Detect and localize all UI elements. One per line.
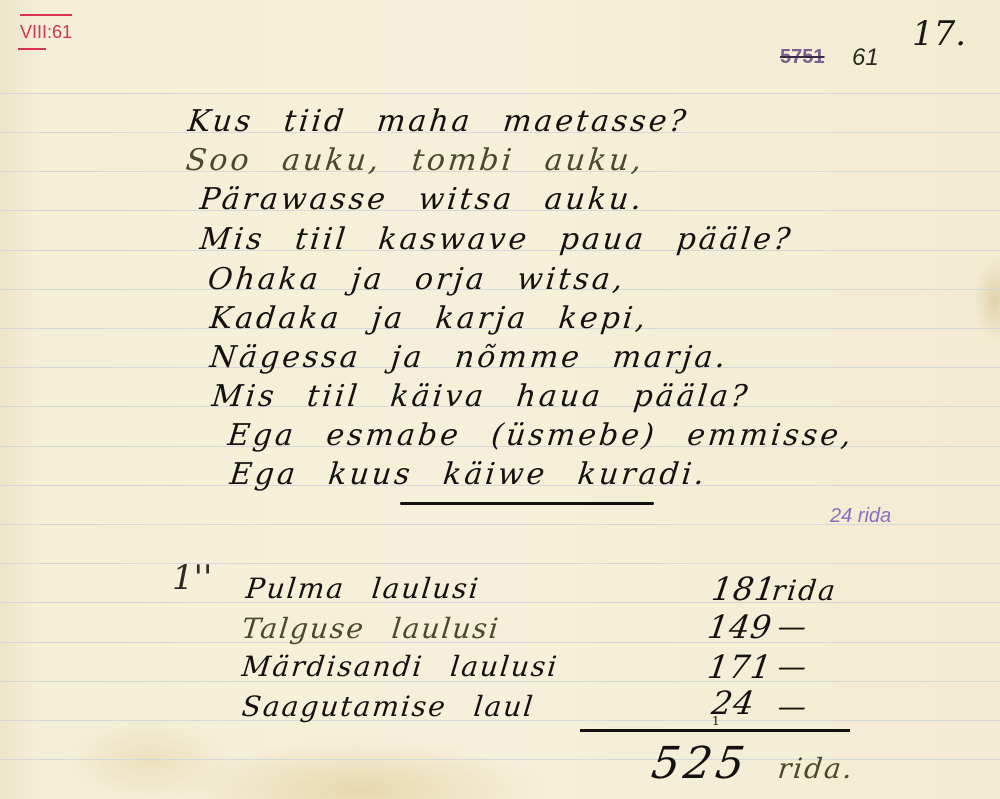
- red-overline: [20, 14, 72, 16]
- poem-line-7: Nägessa ja nõmme marja.: [208, 340, 730, 375]
- poem-line-4: Mis tiil kaswave paua pääle?: [198, 222, 795, 257]
- summary-item-label: Märdisandi laulusi: [240, 650, 560, 683]
- summary-item-unit: rida: [770, 574, 838, 607]
- summary-total: 525: [648, 738, 751, 789]
- summary-item-label: Pulma laulusi: [244, 572, 481, 605]
- rule-line: [0, 563, 1000, 564]
- summary-total-unit: rida.: [776, 752, 855, 785]
- summary-item-count: 149: [705, 608, 774, 646]
- rule-line: [0, 642, 1000, 643]
- sum-line: [580, 729, 850, 732]
- summary-item-unit: —: [776, 690, 809, 723]
- summary-item-unit: —: [776, 610, 809, 643]
- rule-line: [0, 602, 1000, 603]
- summary-item-count: 181: [709, 570, 778, 608]
- summary-item-label: Talguse laulusi: [240, 612, 501, 645]
- archive-signature: VIII:61: [20, 22, 72, 43]
- manuscript-page: VIII:61 5751 61 17. Kus tiid maha maetas…: [0, 0, 1000, 799]
- poem-line-6: Kadaka ja karja kepi,: [208, 301, 650, 336]
- old-number-struck: 5751: [780, 46, 825, 69]
- new-number: 61: [852, 44, 879, 72]
- poem-line-5: Ohaka ja orja witsa,: [206, 262, 627, 297]
- poem-line-9: Ega esmabe (üsmebe) emmisse,: [226, 418, 855, 453]
- line-count-note: 24 rida: [830, 505, 891, 528]
- poem-line-10: Ega kuus käiwe kuradi.: [228, 457, 709, 492]
- poem-end-underline: [400, 502, 654, 505]
- carry-mark: 1: [712, 714, 720, 728]
- red-underline: [18, 48, 46, 50]
- page-number: 17.: [912, 14, 966, 54]
- poem-line-8: Mis tiil käiva haua pääla?: [210, 379, 752, 414]
- summary-item-label: Saagutamise laul: [240, 690, 536, 723]
- poem-line-3: Pärawasse witsa auku.: [198, 182, 646, 217]
- poem-line-2: Soo auku, tombi auku,: [184, 143, 646, 178]
- poem-line-1: Kus tiid maha maetasse?: [186, 104, 690, 139]
- rule-line: [0, 93, 1000, 94]
- section-marker: 1'': [172, 558, 212, 598]
- summary-item-unit: —: [776, 650, 809, 683]
- summary-item-count: 171: [705, 648, 774, 686]
